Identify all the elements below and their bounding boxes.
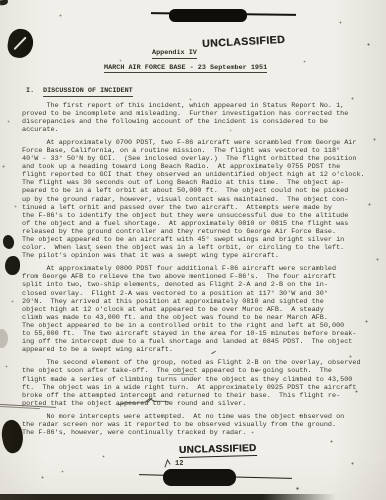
ink-blot-margin-1 — [2, 234, 15, 250]
paragraph-4: The second element of the group, noted a… — [22, 359, 378, 408]
paragraph-5: No more intercepts were attempted. At no… — [22, 413, 378, 437]
section-heading: DISCUSSION OF INCIDENT — [43, 87, 133, 97]
redaction-bar-top — [169, 9, 247, 22]
page-number: 12 — [175, 460, 183, 468]
corner-ink-mark — [0, 0, 8, 5]
document-body: The first report of this incident, which… — [22, 102, 378, 443]
paragraph-1: The first report of this incident, which… — [22, 102, 378, 134]
document-title: MARCH AIR FORCE BASE - 23 September 1951 — [104, 64, 267, 74]
paragraph-3: At approximately 0800 PDST four addition… — [22, 265, 378, 354]
pencil-smudge-line — [168, 374, 194, 375]
ink-blot-slash — [13, 37, 27, 51]
ink-blot-margin-2 — [5, 256, 20, 275]
redaction-bar-bottom — [163, 469, 236, 486]
paragraph-2: At approximately 0700 PDST, two F-86 air… — [22, 139, 378, 260]
hole-punch-shadow — [0, 329, 8, 348]
handwritten-squiggle-mark — [117, 396, 171, 408]
appendix-heading: Appendix IV — [152, 49, 197, 59]
scanned-document-page: UNCLASSIFIED Appendix IV MARCH AIR FORCE… — [0, 0, 386, 500]
unclassified-stamp-bottom: UNCLASSIFIED — [179, 442, 257, 457]
unclassified-stamp-top: UNCLASSIFIED — [202, 34, 286, 50]
scan-edge-band — [0, 494, 336, 500]
check-mark — [164, 458, 173, 468]
ink-blot-top-left — [6, 27, 36, 60]
section-number: I. — [26, 87, 34, 95]
